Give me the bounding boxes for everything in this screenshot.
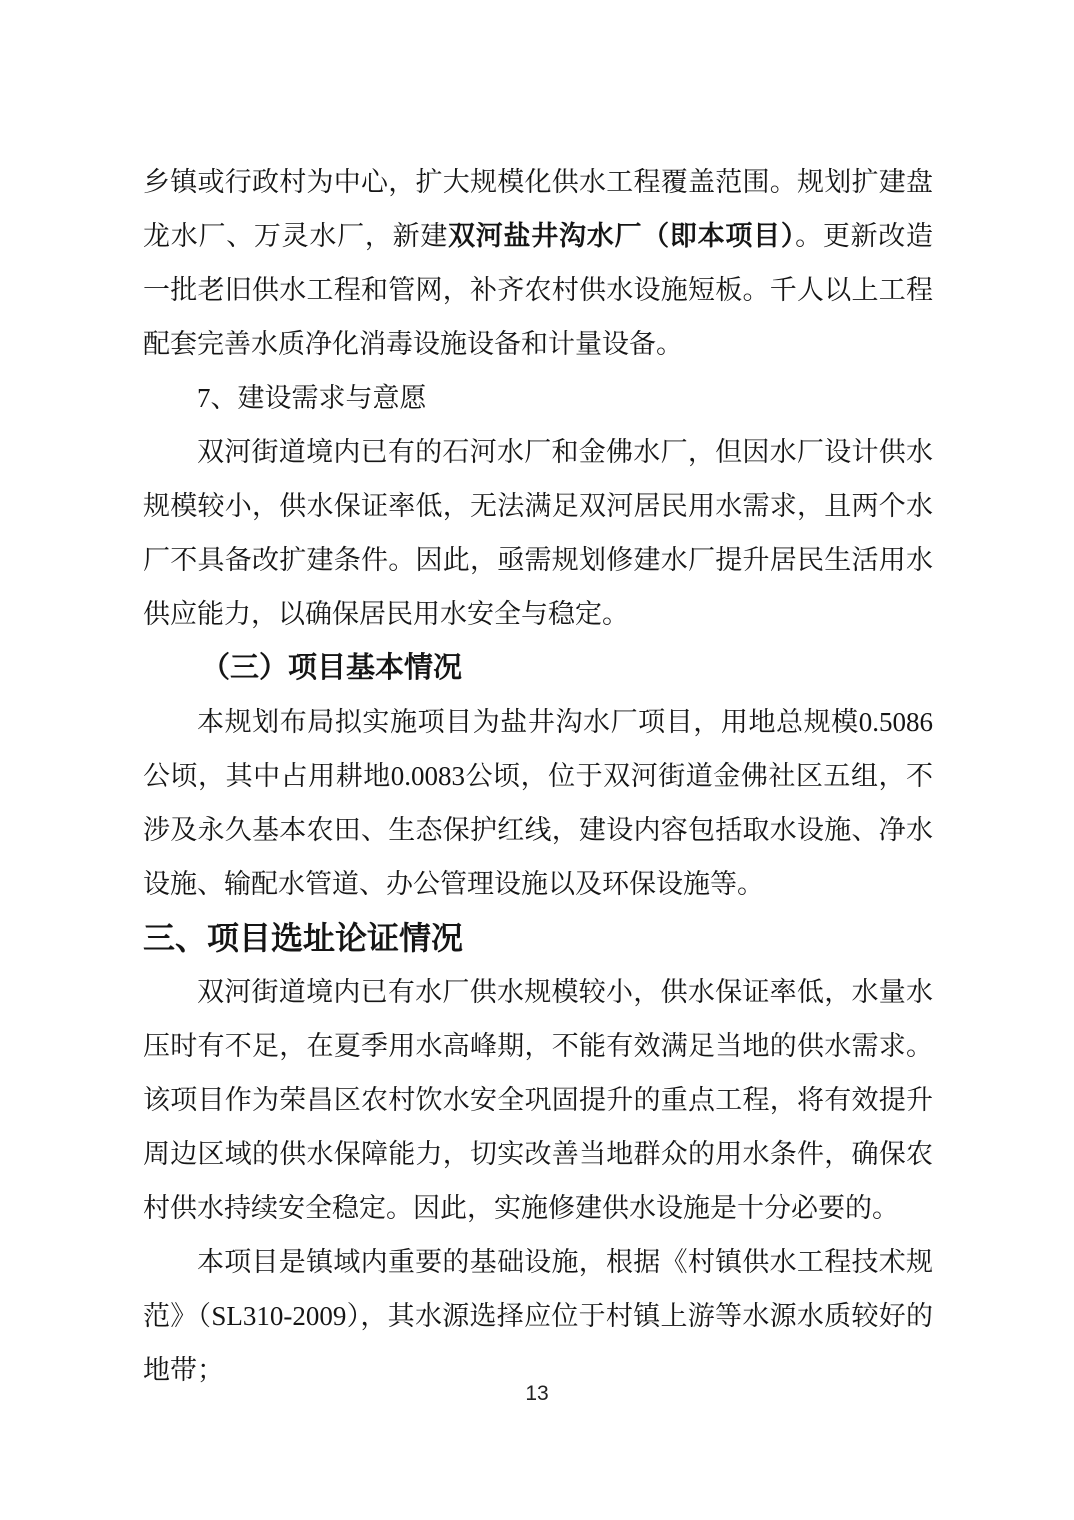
body-paragraph-continuation: 乡镇或行政村为中心，扩大规模化供水工程覆盖范围。规划扩建盘龙水厂、万灵水厂，新建… <box>143 155 933 371</box>
subsection-heading-7: 7、建设需求与意愿 <box>143 371 933 425</box>
page-content: 乡镇或行政村为中心，扩大规模化供水工程覆盖范围。规划扩建盘龙水厂、万灵水厂，新建… <box>143 155 933 1397</box>
body-paragraph: 双河街道境内已有水厂供水规模较小，供水保证率低，水量水压时有不足，在夏季用水高峰… <box>143 965 933 1235</box>
chapter-heading-site-selection: 三、项目选址论证情况 <box>143 911 933 965</box>
section-heading-project-basic-info: （三）项目基本情况 <box>143 641 933 695</box>
body-paragraph: 双河街道境内已有的石河水厂和金佛水厂，但因水厂设计供水规模较小，供水保证率低，无… <box>143 425 933 641</box>
project-name-bold-text: 双河盐井沟水厂（即本项目） <box>448 221 795 251</box>
document-page: 乡镇或行政村为中心，扩大规模化供水工程覆盖范围。规划扩建盘龙水厂、万灵水厂，新建… <box>0 0 1074 1520</box>
body-paragraph: 本规划布局拟实施项目为盐井沟水厂项目，用地总规模0.5086公顷，其中占用耕地0… <box>143 695 933 911</box>
body-paragraph: 本项目是镇域内重要的基础设施，根据《村镇供水工程技术规范》（SL310-2009… <box>143 1235 933 1397</box>
page-number: 13 <box>0 1382 1074 1406</box>
